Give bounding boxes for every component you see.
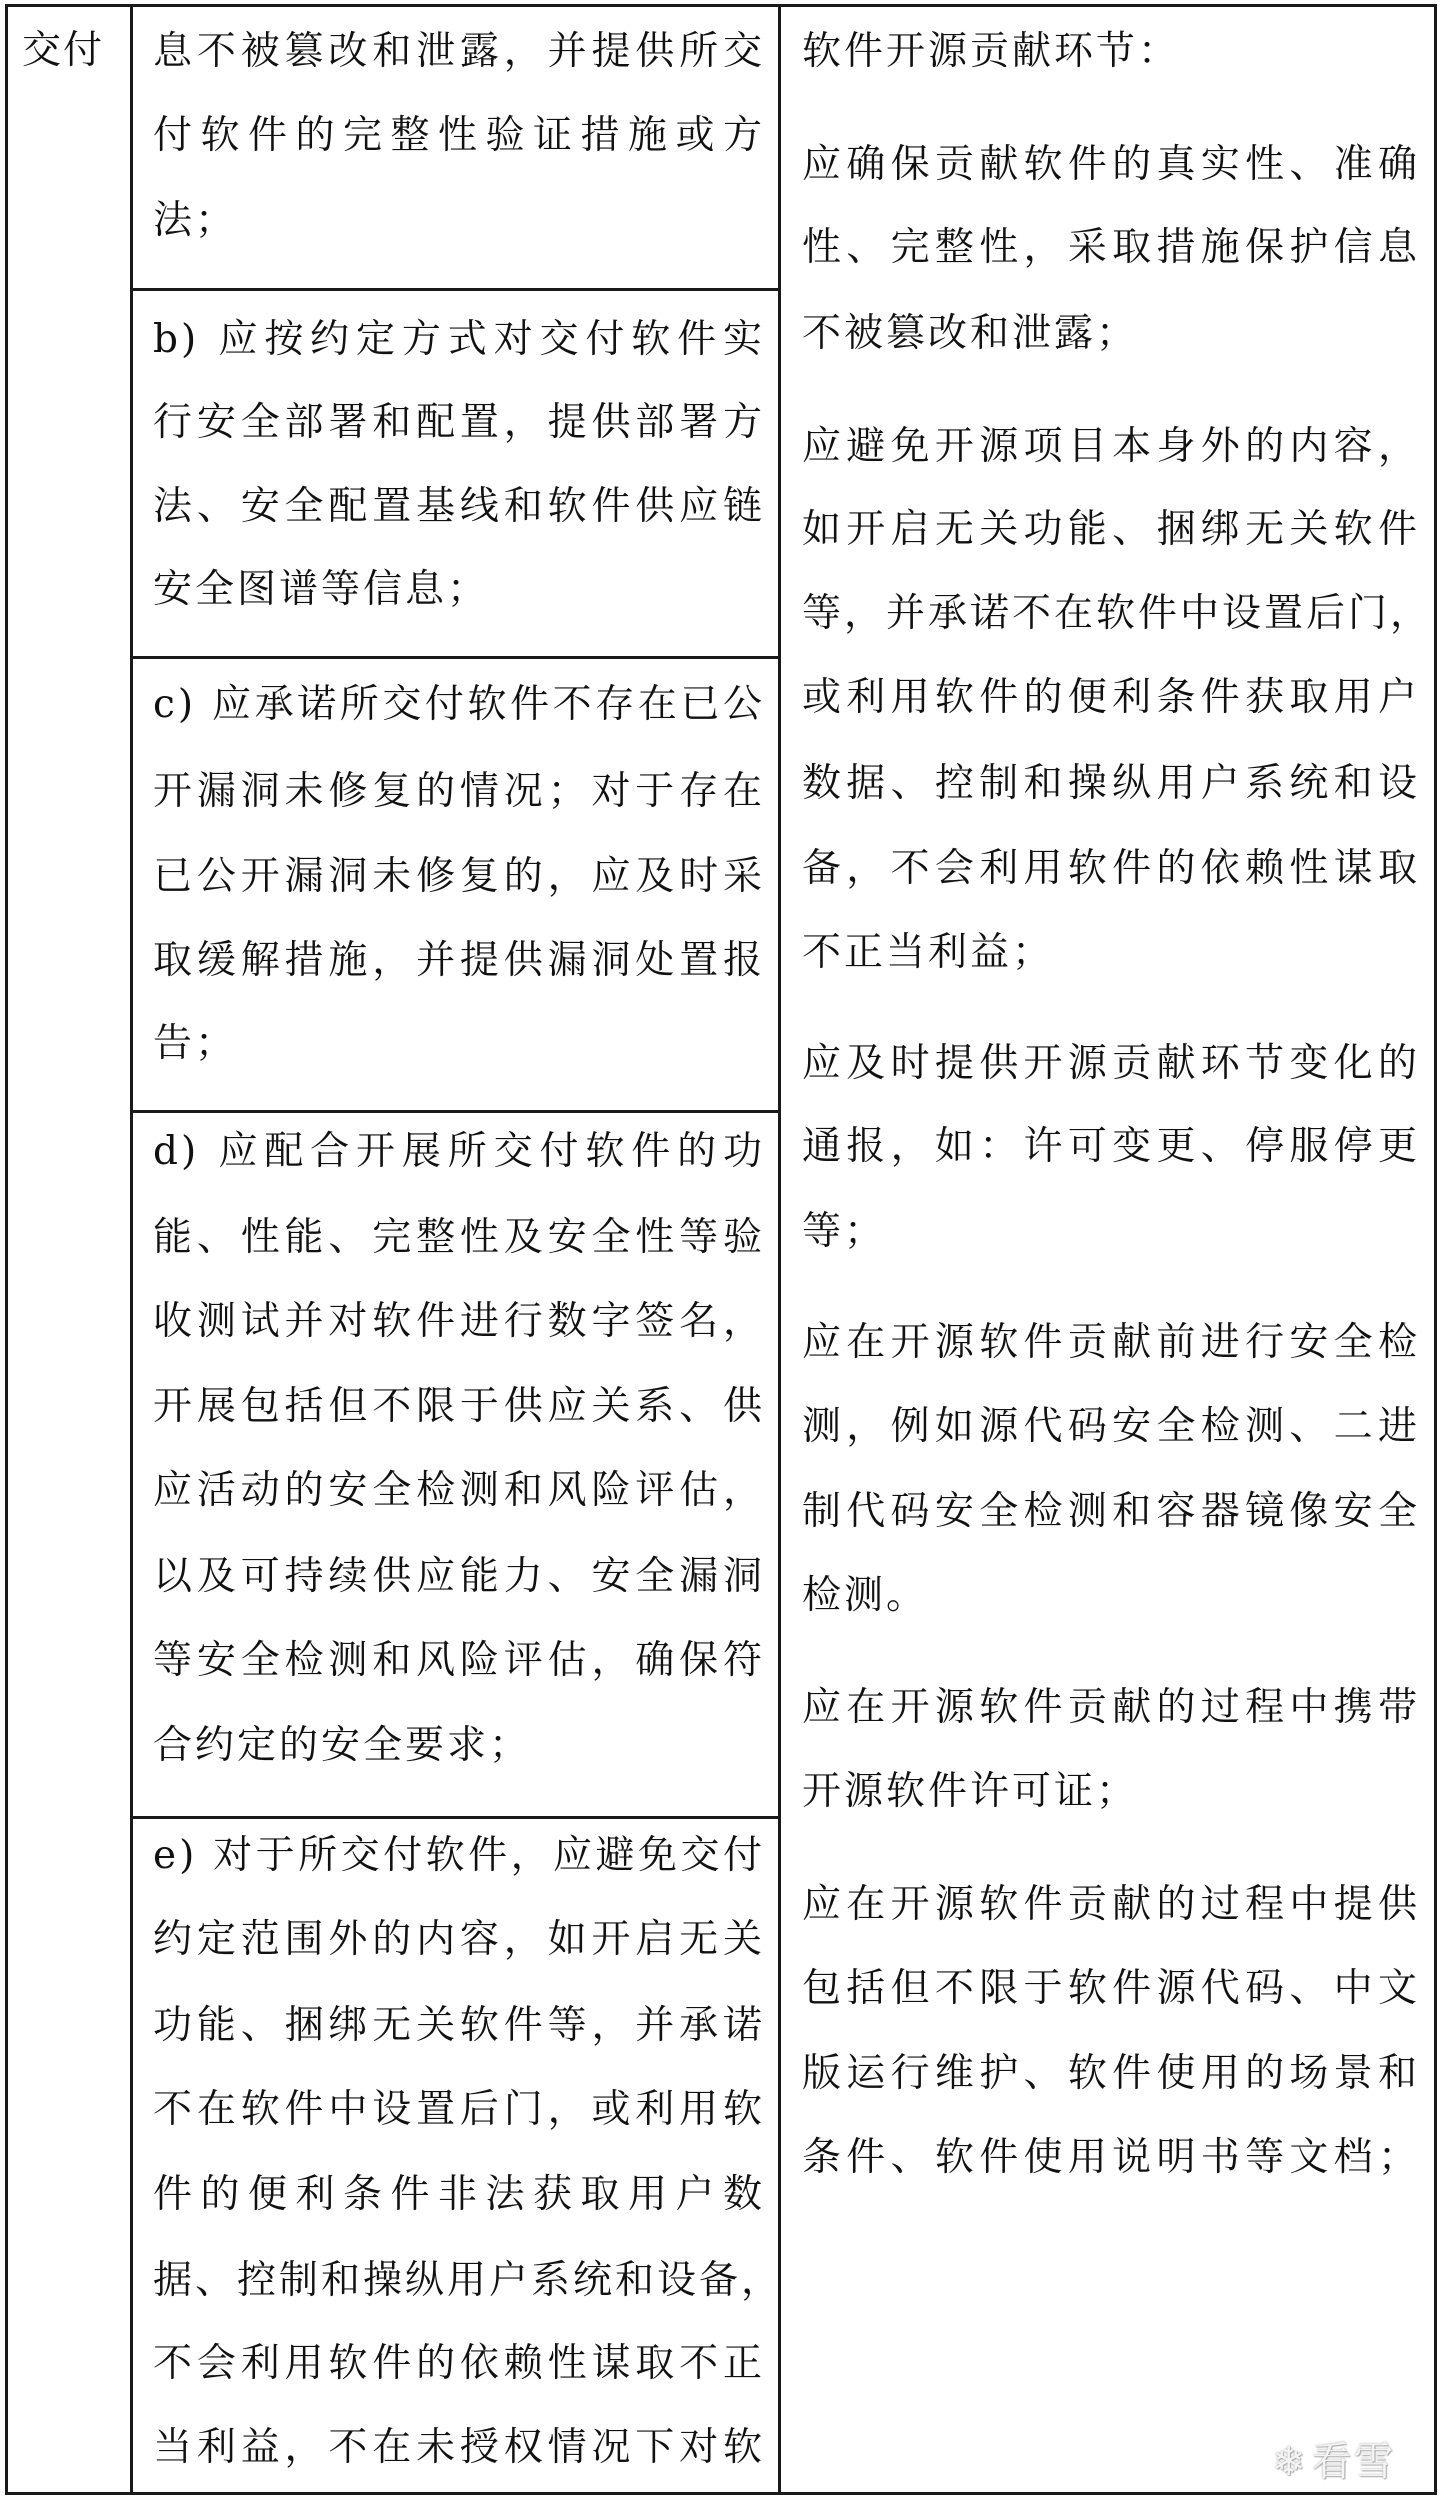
text-line: 件的便利条件非法获取用户数 [153,2174,765,2216]
document-page: 交付 息不被篡改和泄露，并提供所交付软件的完整性验证措施或方法；b) 应按约定方… [0,0,1440,2500]
row-border-1 [130,288,781,291]
text-line: 等，并承诺不在软件中设置后门， [802,593,1420,635]
text-line: 开源软件许可证； [802,1771,1420,1813]
row-border-3 [130,1110,781,1113]
text-line: 应在开源软件贡献前进行安全检 [802,1322,1420,1364]
text-line: 应避免开源项目本身外的内容， [802,426,1420,468]
text-line: 如开启无关功能、捆绑无关软件 [802,509,1420,551]
watermark: ❄ 看雪 [1272,2430,1396,2494]
table-right-border [1434,4,1437,2495]
text-line: 不正当利益； [802,932,1420,974]
text-line: 应在开源软件贡献的过程中提供 [802,1884,1420,1926]
table-bottom-border [5,2492,1437,2495]
text-line: 或利用软件的便利条件获取用户 [802,677,1420,719]
text-line: 应及时提供开源贡献环节变化的 [802,1043,1420,1085]
text-line: 通报，如：许可变更、停服停更 [802,1126,1420,1168]
text-line: 软件开源贡献环节： [802,31,1420,73]
text-line: 收测试并对软件进行数字签名， [153,1301,765,1343]
text-line: 版运行维护、软件使用的场景和 [802,2053,1420,2095]
text-line: 包括但不限于软件源代码、中文 [802,1968,1420,2010]
text-line: 告； [153,1023,765,1065]
text-line: 备，不会利用软件的依赖性谋取 [802,848,1420,890]
row-border-4 [130,1816,781,1819]
text-line: 约定范围外的内容，如开启无关 [153,1919,765,1961]
text-line: 能、性能、完整性及安全性等验 [153,1217,765,1259]
text-line: 数据、控制和操纵用户系统和设 [802,763,1420,805]
column-divider-2 [778,4,781,2495]
table-left-border [5,4,8,2495]
snowflake-icon: ❄ [1272,2442,1306,2482]
text-line: b) 应按约定方式对交付软件实 [153,319,765,361]
table-top-border [5,4,1437,7]
text-line: 功能、捆绑无关软件等，并承诺 [153,2005,765,2047]
text-line: 应在开源软件贡献的过程中携带 [802,1687,1420,1729]
text-line: 不被篡改和泄露； [802,313,1420,355]
text-line: 应活动的安全检测和风险评估， [153,1470,765,1512]
text-line: 检测。 [802,1575,1420,1617]
text-line: 不在软件中设置后门，或利用软 [153,2089,765,2131]
text-line: 以及可持续供应能力、安全漏洞 [153,1556,765,1598]
column-divider-1 [130,4,133,2495]
text-line: 已公开漏洞未修复的，应及时采 [153,856,765,898]
watermark-text: 看雪 [1312,2442,1396,2482]
text-line: 条件、软件使用说明书等文档； [802,2137,1420,2179]
text-line: 法、安全配置基线和软件供应链 [153,486,765,528]
text-line: 行安全部署和配置，提供部署方 [153,402,765,444]
text-line: 合约定的安全要求； [153,1725,765,1767]
text-line: d) 应配合开展所交付软件的功 [153,1131,765,1173]
text-line: 等； [802,1211,1420,1253]
text-line: e) 对于所交付软件，应避免交付 [153,1835,765,1877]
text-line: 开展包括但不限于供应关系、供 [153,1386,765,1428]
text-line: 性、完整性，采取措施保护信息 [802,227,1420,269]
row-border-2 [130,656,781,659]
category-label: 交付 [22,30,104,72]
text-line: 测，例如源代码安全检测、二进 [802,1406,1420,1448]
text-line: 法； [153,200,765,242]
text-line: 息不被篡改和泄露，并提供所交 [153,31,765,73]
text-line: 开漏洞未修复的情况；对于存在 [153,771,765,813]
text-line: 不会利用软件的依赖性谋取不正 [153,2343,765,2385]
text-line: c) 应承诺所交付软件不存在已公 [153,684,765,726]
text-line: 安全图谱等信息； [153,569,765,611]
text-line: 当利益，不在未授权情况下对软 [153,2427,765,2469]
text-line: 应确保贡献软件的真实性、准确 [802,144,1420,186]
text-line: 取缓解措施，并提供漏洞处置报 [153,940,765,982]
text-line: 付软件的完整性验证措施或方 [153,115,765,157]
text-line: 制代码安全检测和容器镜像安全 [802,1491,1420,1533]
text-line: 据、控制和操纵用户系统和设备， [153,2260,765,2302]
text-line: 等安全检测和风险评估，确保符 [153,1640,765,1682]
